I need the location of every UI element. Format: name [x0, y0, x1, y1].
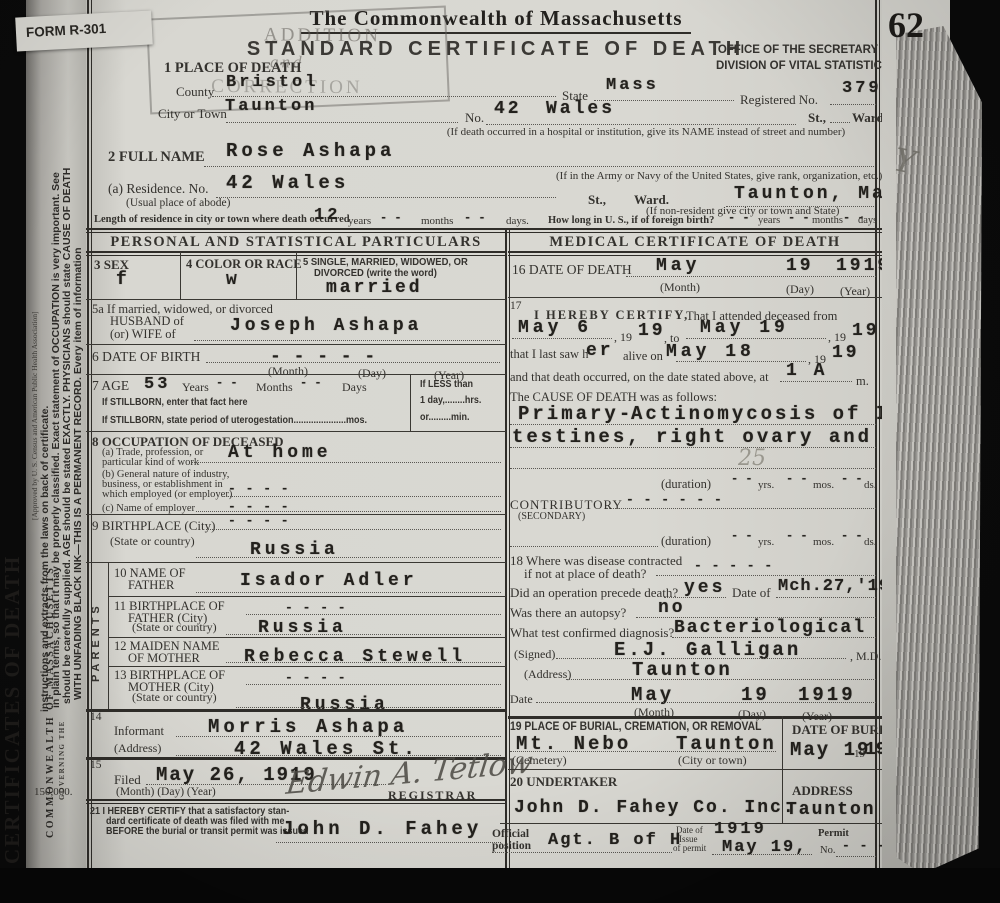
rule: [296, 252, 297, 299]
dash-mark: - -: [841, 529, 863, 543]
mother-name-value: Rebecca Stewell: [244, 647, 466, 667]
undertaker-label: 20 UNDERTAKER: [510, 774, 617, 790]
birthplace-soc-label: (State or country): [110, 534, 195, 549]
dotted-line: [780, 381, 852, 382]
autopsy-value: no: [658, 598, 686, 618]
months-label2: months: [812, 215, 843, 226]
dotted-line: [510, 424, 876, 425]
army-navy-hint: (If in the Army or Navy of the United St…: [556, 170, 876, 182]
rule: [108, 562, 109, 709]
alive-on-label: alive on: [623, 349, 663, 364]
dotted-line: [606, 508, 876, 509]
dotted-line: [510, 751, 776, 752]
spouse-value: Joseph Ashapa: [230, 316, 422, 336]
personal-heading: PERSONAL AND STATISTICAL PARTICULARS: [86, 234, 506, 251]
father-bp-soc-label: (State or country): [132, 620, 217, 635]
rule: [508, 297, 882, 298]
occupation-value: At home: [228, 443, 332, 463]
st-label2: St.,: [588, 192, 606, 208]
mother-label-2: OF MOTHER: [128, 651, 200, 666]
dotted-line: [236, 707, 501, 708]
margin-approved-note: [Approved by U. S. Census and American P…: [30, 311, 39, 520]
duration-label-1: (duration): [661, 477, 711, 492]
dotted-line: [196, 557, 501, 558]
years-label2: years: [758, 215, 780, 226]
registered-no-label: Registered No.: [740, 92, 818, 108]
dash-mark: - -: [788, 211, 810, 225]
burial-section-label: 19 PLACE OF BURIAL, CREMATION, OR REMOVA…: [510, 721, 761, 733]
dotted-line: [492, 852, 672, 853]
occupation-a-label2: particular kind of work: [102, 457, 199, 468]
mother-bp-soc-label: (State or country): [132, 690, 217, 705]
registered-no-value: 379: [842, 79, 882, 98]
rule: [86, 431, 506, 432]
race-label: 4 COLOR OR RACE: [186, 257, 302, 272]
dash-mark: - -: [728, 211, 750, 225]
secondary-label: (SECONDARY): [518, 511, 585, 522]
dob-label: 6 DATE OF BIRTH: [92, 349, 200, 365]
md-label: , M.D.: [850, 649, 881, 664]
dotted-line: [486, 124, 796, 125]
age-years-label: Years: [182, 380, 209, 395]
contributory-value: - - - - - -: [626, 492, 723, 507]
dotted-line: [510, 546, 658, 547]
how-long-us-label: How long in U. S., if of foreign birth?: [548, 215, 714, 226]
dash-mark: - -: [731, 529, 753, 543]
margin-note-line1: WITH UNFADING BLACK INK—THIS IS A PERMAN…: [72, 248, 84, 701]
attended-to-value: May 19: [700, 318, 789, 338]
date-of-death-label: 16 DATE OF DEATH: [512, 262, 632, 278]
cause-line1b-value: Actinomycosis of In-: [631, 403, 919, 425]
dotted-line: [836, 856, 876, 857]
permit-label-2: No.: [820, 845, 835, 856]
st-label: St.,: [808, 110, 826, 126]
last-saw-date-value: May 18: [666, 342, 755, 362]
dotted-line: [830, 104, 876, 105]
house-no-value: 42: [494, 99, 522, 119]
certify-21-line3: BEFORE the burial or transit permit was …: [106, 826, 309, 837]
informant-value: Morris Ashapa: [208, 716, 408, 738]
city-or-town-label: City or Town: [158, 106, 227, 122]
dotted-line: [194, 340, 500, 341]
attended-from-value: May 6: [518, 318, 592, 338]
print-count: 150,000.: [34, 786, 73, 798]
undertaker-address-value: Taunton: [786, 800, 876, 820]
residence-value: 42 Wales: [226, 172, 349, 194]
margin-note-line2: should be carefully supplied. AGE should…: [61, 168, 73, 704]
residence-label: (a) Residence. No.: [108, 181, 208, 197]
saw-year-value: 19: [832, 343, 860, 363]
dash-mark: - -: [216, 376, 238, 390]
dotted-line: [276, 842, 501, 843]
undertaker-value: John D. Fahey Co. Inc.: [514, 798, 796, 818]
med-date-day-label: (Day): [738, 707, 766, 722]
dash-mark: - -: [464, 211, 486, 225]
death-time-value: 1 A: [786, 361, 827, 381]
dotted-line: [512, 338, 612, 339]
residence-length-value: 12: [314, 206, 340, 225]
dotted-line: [536, 702, 876, 703]
full-name-value: Rose Ashapa: [226, 140, 395, 162]
birthplace-label: 9 BIRTHPLACE (City): [92, 518, 215, 534]
rule: [508, 716, 882, 719]
dotted-line: [224, 496, 501, 497]
rule: [86, 562, 506, 563]
rule: [410, 374, 411, 431]
yrs-label-2: yrs.: [758, 536, 774, 548]
dotted-line: [830, 122, 850, 123]
med-date-label: Date: [510, 692, 533, 707]
issue-year-value: 1919: [714, 820, 767, 839]
dash-mark: - -: [731, 472, 753, 486]
dotted-line: [510, 447, 876, 448]
her-value: er: [586, 341, 614, 361]
duration-label-2: (duration): [661, 534, 711, 549]
county-value: Bristol: [226, 73, 318, 92]
city-or-town-value: Taunton: [225, 97, 317, 116]
dotted-line: [204, 166, 874, 167]
from-year-value: 19: [638, 321, 666, 341]
dotted-line: [686, 338, 826, 339]
marital-value: married: [326, 278, 423, 298]
rule: [86, 299, 506, 300]
medical-heading: MEDICAL CERTIFICATE OF DEATH: [508, 234, 882, 251]
physician-address-value: Taunton: [632, 659, 733, 681]
stamp-word-1: ADDITION: [264, 24, 381, 47]
rule: [86, 344, 506, 345]
filed-mdy-labels: (Month) (Day) (Year): [116, 786, 216, 798]
age-months-label: Months: [256, 380, 293, 395]
cause-line1a-value: Primary-: [518, 403, 633, 425]
informant-address-label: (Address): [114, 741, 161, 756]
section-17-number: 17: [510, 300, 522, 312]
official-label-2: position: [492, 840, 531, 852]
residence-length-label: Length of residence in city or town wher…: [94, 214, 350, 225]
ward-label: Ward: [852, 110, 884, 126]
race-value: w: [226, 270, 240, 290]
official-label-1: Official: [492, 828, 529, 840]
table-shadow: [0, 868, 1000, 903]
date-of-operation-label: Date of: [732, 585, 771, 601]
dotted-line: [672, 637, 876, 638]
where-contracted-value: - - - - -: [694, 558, 773, 573]
rule: [108, 666, 506, 667]
city-or-town-label: (City or town): [678, 753, 747, 768]
page-number: 62: [888, 4, 924, 46]
dotted-line: [510, 468, 876, 469]
dotted-line: [712, 854, 812, 855]
form-number-label: FORM R-301: [26, 21, 107, 40]
dash-mark: - -: [786, 472, 808, 486]
m-label: m.: [856, 374, 869, 389]
dotted-line: [656, 575, 876, 576]
to-year-value: 19: [852, 321, 880, 341]
yrs-label-1: yrs.: [758, 479, 774, 491]
occupation-b-value: - - - -: [228, 481, 290, 496]
dotted-line: [626, 276, 876, 277]
county-label: County: [176, 84, 214, 100]
office-line1: OFFICE OF THE SECRETARY: [716, 44, 880, 56]
years-label: years: [348, 215, 371, 227]
operation-label: Did an operation precede death?: [510, 585, 678, 601]
form-number-chip: FORM R-301: [15, 10, 153, 51]
days-label: days.: [506, 215, 529, 227]
dotted-line: [566, 679, 876, 680]
father-name-value: Isador Adler: [240, 571, 418, 591]
dotted-line: [246, 684, 501, 685]
age-value: 53: [144, 375, 170, 394]
rule: [108, 637, 506, 638]
ds-label-2: ds.: [864, 536, 877, 548]
dotted-line: [196, 592, 501, 593]
cause-line2-value: testines, right ovary and tube: [512, 426, 944, 448]
dotted-line: [226, 122, 458, 123]
official-position-value: Agt. B of H: [548, 831, 682, 850]
months-label: months: [421, 215, 453, 227]
cemetery-label: (Cemetery): [512, 753, 567, 768]
mother-bp-value: Russia: [300, 695, 389, 715]
rule: [86, 514, 506, 515]
street-value: Wales: [546, 99, 615, 119]
section-15-number: 15: [90, 759, 102, 771]
comma-19-label: , 19: [614, 330, 632, 345]
if-less-line3: or.........min.: [420, 412, 470, 423]
parents-side-label: PARENTS: [90, 602, 102, 682]
hospital-hint: (If death occurred in a hospital or inst…: [416, 126, 876, 138]
signed-label: (Signed): [514, 647, 555, 662]
informant-label: Informant: [114, 724, 164, 739]
age-label: 7 AGE: [92, 378, 129, 394]
mos-label-1: mos.: [813, 479, 834, 491]
house-no-label: No.: [465, 110, 484, 126]
section-14-number: 14: [90, 711, 102, 723]
mother-bp-city-value: - - - -: [285, 670, 347, 685]
dotted-line: [196, 511, 501, 512]
operation-value: yes: [684, 578, 725, 598]
where-contracted-label2: if not at place of death?: [524, 566, 646, 582]
days-label2: days: [858, 215, 877, 226]
stillborn-line1: If STILLBORN, enter that fact here: [102, 397, 248, 408]
dod-day-label: (Day): [786, 282, 814, 297]
father-label-2: FATHER: [128, 578, 174, 593]
dotted-line: [216, 197, 556, 198]
dotted-line: [206, 362, 500, 363]
certificate-page: The Commonwealth of Massachusetts STANDA…: [86, 0, 882, 868]
dotted-line: [206, 529, 501, 530]
stillborn-line2: If STILLBORN, state period of uterogesta…: [102, 415, 367, 426]
spouse-label-3: (or) WIFE of: [110, 327, 176, 342]
employer-label: (c) Name of employer: [102, 503, 195, 514]
scanned-death-certificate: WITH UNFADING BLACK INK—THIS IS A PERMAN…: [0, 0, 1000, 903]
test-value: Bacteriological: [674, 618, 866, 638]
if-less-line2: 1 day,........hrs.: [420, 395, 481, 406]
mos-label-2: mos.: [813, 536, 834, 548]
dotted-line: [226, 662, 501, 663]
dash-mark: - -: [841, 472, 863, 486]
issue-label-3: of permit: [673, 843, 706, 853]
dotted-line: [776, 597, 876, 598]
full-name-label: 2 FULL NAME: [108, 149, 205, 166]
rule: [500, 823, 882, 824]
birthplace-city-value: - - - -: [228, 513, 290, 528]
father-bp-value: Russia: [258, 618, 347, 638]
operation-date-value: Mch.27,'19: [778, 577, 890, 596]
dash-mark: - -: [300, 376, 322, 390]
state-value: Mass: [606, 76, 659, 95]
rule: [508, 769, 882, 770]
sex-value: f: [116, 270, 130, 290]
rule: [86, 228, 882, 233]
date-of-death-day: 19: [786, 256, 814, 276]
physician-address-label: (Address): [524, 667, 571, 682]
rule: [180, 252, 181, 299]
rule: [86, 799, 506, 804]
last-saw-label: that I last saw h: [510, 347, 588, 362]
certifier-value: John D. Fahey: [282, 818, 482, 840]
rule: [86, 709, 506, 712]
age-days-label: Days: [342, 380, 367, 395]
if-less-line1: If LESS than: [420, 379, 473, 390]
dod-month-label: (Month): [660, 280, 700, 295]
dotted-line: [226, 634, 501, 635]
father-bp-city-value: - - - -: [285, 600, 347, 615]
death-occurred-label: and that death occurred, on the date sta…: [510, 370, 769, 385]
dash-mark: - -: [786, 529, 808, 543]
permit-no-value: - - -: [842, 838, 886, 853]
ds-label-1: ds.: [864, 479, 877, 491]
date-of-death-month: May: [656, 256, 700, 276]
occupation-b-label3: which employed (or employer): [102, 489, 232, 500]
margin-certificates-label: CERTIFICATES OF DEATH: [0, 555, 25, 864]
dotted-line: [191, 462, 501, 463]
dotted-line: [246, 614, 501, 615]
autopsy-label: Was there an autopsy?: [510, 605, 626, 621]
abode-hint: (Usual place of abode): [126, 197, 230, 209]
address-header-label: ADDRESS: [792, 783, 853, 799]
burial-19-label: 19: [854, 748, 865, 760]
office-line2: DIVISION OF VITAL STATISTICS: [716, 60, 880, 72]
rule: [108, 596, 506, 597]
dotted-line: [176, 736, 501, 737]
dash-mark: - -: [380, 211, 402, 225]
